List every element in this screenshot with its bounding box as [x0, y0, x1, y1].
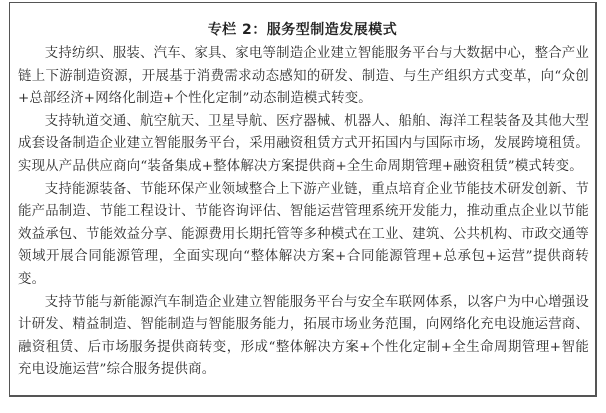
paragraph-equipment-leasing: 支持轨道交通、航空航天、卫星导航、医疗器械、机器人、船舶、海洋工程装备及其他大型… [18, 111, 589, 179]
column-content: 支持纺织、服装、汽车、家具、家电等制造企业建立智能服务平台与大数据中心，整合产业… [18, 43, 589, 382]
paragraph-textile-appliances: 支持纺织、服装、汽车、家具、家电等制造企业建立智能服务平台与大数据中心，整合产业… [18, 43, 589, 111]
column-box: 专栏 2：服务型制造发展模式 支持纺织、服装、汽车、家具、家电等制造企业建立智能… [9, 2, 597, 397]
paragraph-energy-saving: 支持能源装备、节能环保产业领域整合上下游产业链，重点培育企业节能技术研发创新、节… [18, 179, 589, 292]
paragraph-new-energy-vehicles: 支持节能与新能源汽车制造企业建立智能服务平台与安全车联网体系，以客户为中心增强设… [18, 292, 589, 382]
column-title: 专栏 2：服务型制造发展模式 [10, 19, 595, 39]
